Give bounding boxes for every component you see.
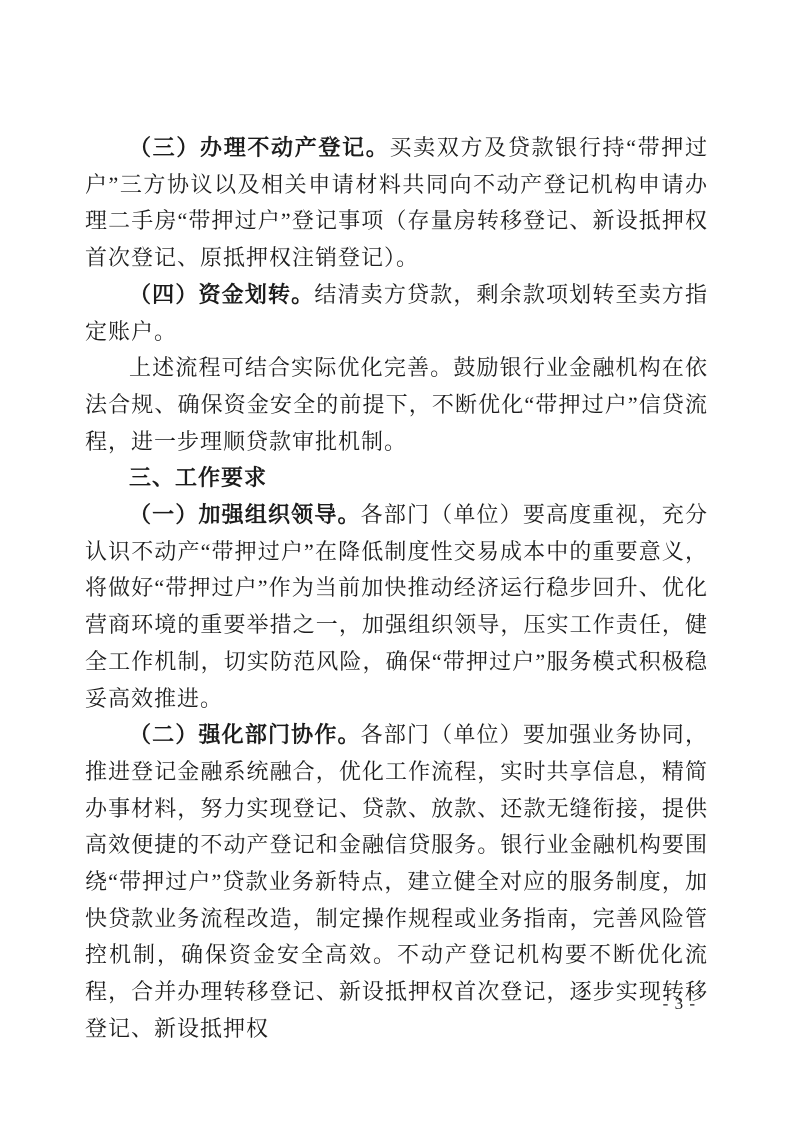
page-number: - 3 -: [663, 994, 696, 1014]
document-page: （三）办理不动产登记。买卖双方及贷款银行持“带押过户”三方协议以及相关申请材料共…: [0, 0, 793, 1122]
paragraph-process-optimization: 上述流程可结合实际优化完善。鼓励银行业金融机构在依法合规、确保资金安全的前提下，…: [85, 350, 708, 460]
paragraph-text: 上述流程可结合实际优化完善。鼓励银行业金融机构在依法合规、确保资金安全的前提下，…: [85, 355, 708, 453]
paragraph-item-2-department-coordination: （二）强化部门协作。各部门（单位）要加强业务协同，推进登记金融系统融合，优化工作…: [85, 717, 708, 1047]
paragraph-lead: （四）资金划转。: [129, 282, 314, 307]
paragraph-text: 各部门（单位）要加强业务协同，推进登记金融系统融合，优化工作流程，实时共享信息，…: [85, 722, 708, 1041]
section-heading-text: 三、工作要求: [129, 465, 267, 490]
paragraph-item-3-registration: （三）办理不动产登记。买卖双方及贷款银行持“带押过户”三方协议以及相关申请材料共…: [85, 130, 708, 277]
paragraph-lead: （一）加强组织领导。: [129, 502, 361, 527]
paragraph-item-1-strengthen-leadership: （一）加强组织领导。各部门（单位）要高度重视，充分认识不动产“带押过户”在降低制…: [85, 497, 708, 717]
paragraph-lead: （三）办理不动产登记。: [129, 135, 389, 160]
paragraph-text: 各部门（单位）要高度重视，充分认识不动产“带押过户”在降低制度性交易成本中的重要…: [85, 502, 708, 711]
document-body: （三）办理不动产登记。买卖双方及贷款银行持“带押过户”三方协议以及相关申请材料共…: [85, 130, 708, 1048]
paragraph-item-4-funds-transfer: （四）资金划转。结清卖方贷款，剩余款项划转至卖方指定账户。: [85, 277, 708, 350]
paragraph-lead: （二）强化部门协作。: [129, 722, 361, 747]
section-heading-work-requirements: 三、工作要求: [85, 460, 708, 497]
